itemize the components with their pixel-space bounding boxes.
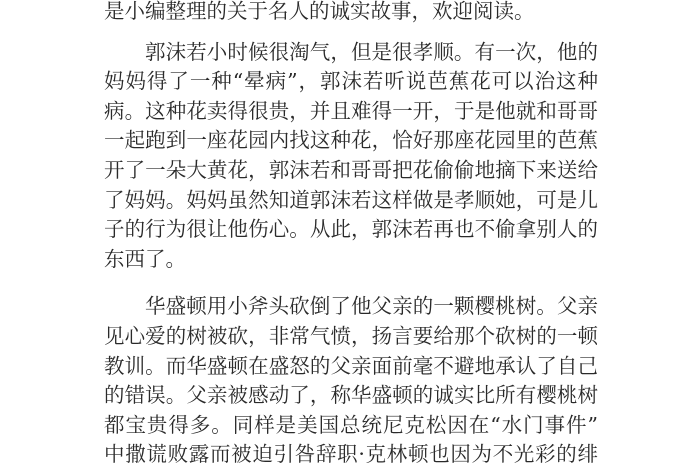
text-line: 开了一朵大黄花，郭沫若和哥哥把花偷偷地摘下来送给 bbox=[104, 156, 598, 186]
text-line: 一起跑到一座花园内找这种花，恰好那座花园里的芭蕉 bbox=[104, 126, 598, 156]
text-line: 教训。而华盛顿在盛怒的父亲面前毫不避地承认了自己 bbox=[104, 352, 598, 382]
text-line: 了妈妈。妈妈虽然知道郭沫若这样做是孝顺她，可是儿 bbox=[104, 186, 598, 216]
text-line: 华盛顿用小斧头砍倒了他父亲的一颗樱桃树。父亲 bbox=[104, 292, 598, 322]
paragraph-washington-story: 华盛顿用小斧头砍倒了他父亲的一颗樱桃树。父亲 见心爱的树被砍，非常气愤，扬言要给… bbox=[104, 292, 598, 470]
text-line: 中撒谎败露而被迫引咎辞职·克林顿也因为不光彩的绯 bbox=[104, 440, 598, 470]
document-page: 是小编整理的关于名人的诚实故事，欢迎阅读。 郭沫若小时候很淘气，但是很孝顺。有一… bbox=[104, 0, 598, 470]
text-line: 郭沫若小时候很淘气，但是很孝顺。有一次，他的 bbox=[104, 38, 598, 68]
paragraph-intro: 是小编整理的关于名人的诚实故事，欢迎阅读。 bbox=[104, 0, 598, 27]
text-line: 妈妈得了一种“晕病”，郭沫若听说芭蕉花可以治这种 bbox=[104, 67, 598, 97]
text-line: 子的行为很让他伤心。从此，郭沫若再也不偷拿别人的 bbox=[104, 215, 598, 245]
paragraph-guo-moruo-story: 郭沫若小时候很淘气，但是很孝顺。有一次，他的 妈妈得了一种“晕病”，郭沫若听说芭… bbox=[104, 38, 598, 275]
text-line: 的错误。父亲被感动了，称华盛顿的诚实比所有樱桃树 bbox=[104, 381, 598, 411]
text-line: 是小编整理的关于名人的诚实故事，欢迎阅读。 bbox=[104, 0, 598, 27]
text-line: 病。这种花卖得很贵，并且难得一开，于是他就和哥哥 bbox=[104, 97, 598, 127]
text-line: 东西了。 bbox=[104, 245, 598, 275]
text-line: 都宝贵得多。同样是美国总统尼克松因在“水门事件” bbox=[104, 411, 598, 441]
text-line: 见心爱的树被砍，非常气愤，扬言要给那个砍树的一顿 bbox=[104, 322, 598, 352]
